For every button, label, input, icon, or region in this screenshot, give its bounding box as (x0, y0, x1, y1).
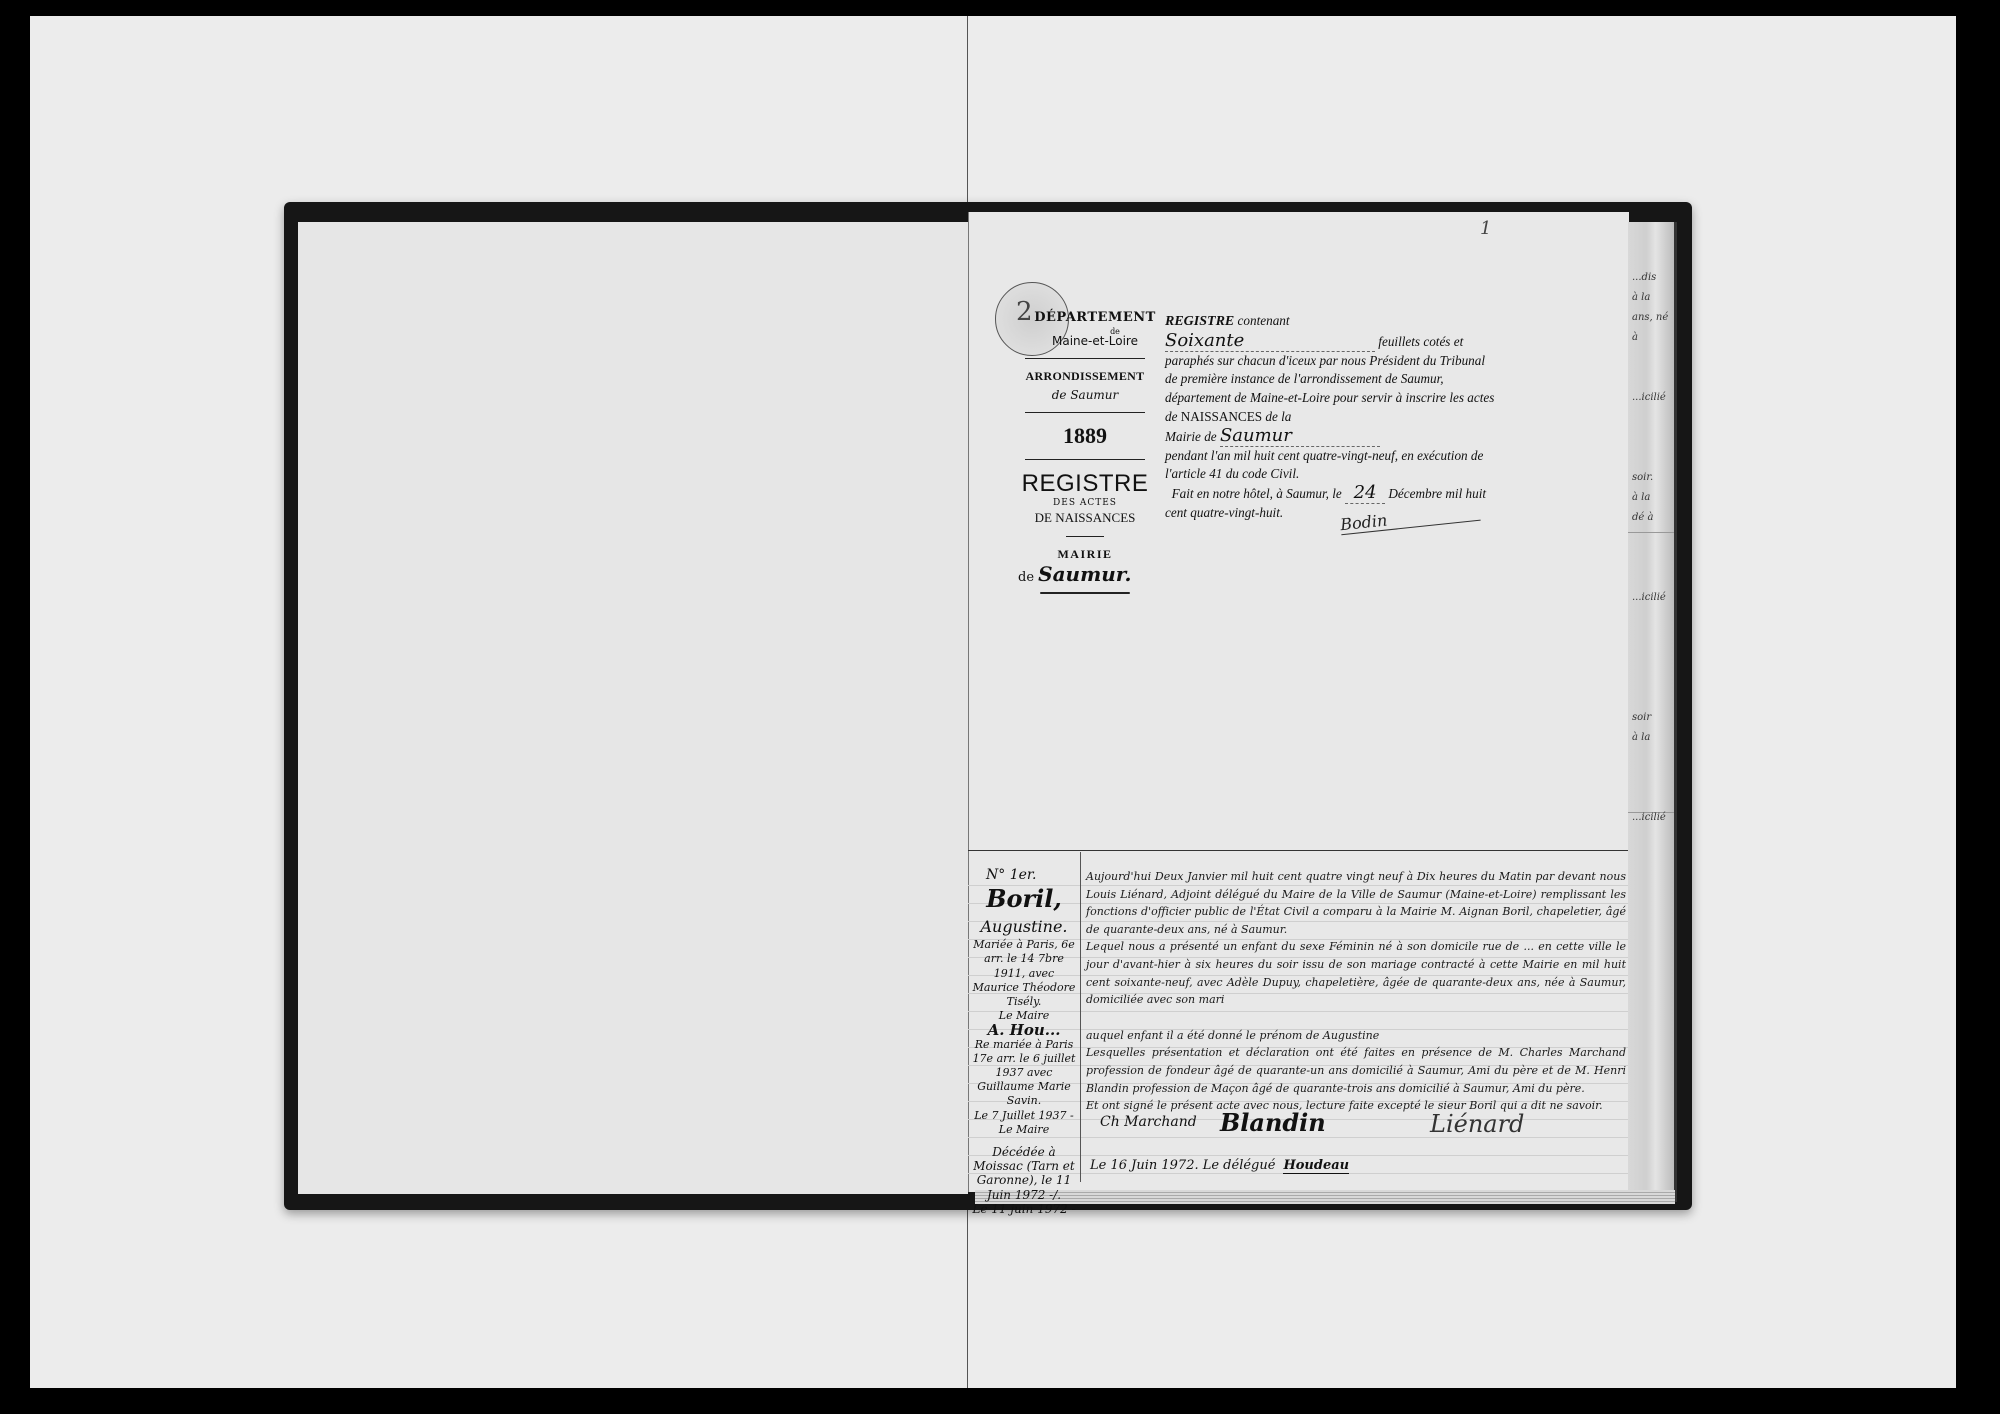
mairie-de: de (1018, 570, 1034, 585)
cert-text: pendant l'an mil huit cent quatre-vingt-… (1165, 448, 1483, 482)
act-paragraph: auquel enfant il a été donné le prénom d… (1086, 1027, 1626, 1045)
act-number: N° 1er. (970, 868, 1078, 882)
cert-naissances: NAISSANCES (1181, 409, 1262, 424)
next-page-edge-fragments: ...dis à la ans, né à ...icilié soir. à … (1632, 268, 1672, 828)
certification-text: REGISTRE contenant Soixante feuillets co… (1165, 312, 1500, 523)
edge-fragment: soir (1632, 708, 1672, 728)
edge-fragment: à la (1632, 288, 1672, 308)
divider (1025, 459, 1145, 460)
cert-register-word: REGISTRE (1165, 314, 1234, 329)
edge-fragment: ...icilié (1632, 808, 1672, 828)
register-title: REGISTRE (1010, 470, 1160, 498)
cert-mairie-prefix: Mairie de (1165, 429, 1220, 444)
marriage-note-2-date: Le 7 Juillet 1937 - Le Maire (970, 1109, 1078, 1137)
act-body: Aujourd'hui Deux Janvier mil huit cent q… (1086, 868, 1626, 1115)
act-margin-rule (1080, 852, 1081, 1182)
cert-text: contenant (1234, 313, 1289, 328)
marriage-note-2: Re mariée à Paris 17e arr. le 6 juillet … (970, 1038, 1078, 1109)
register-subtitle-2: DE NAISSANCES (1010, 510, 1160, 526)
folio-number: 1 (1480, 218, 1491, 239)
register-subtitle-1: DES ACTES (1010, 498, 1160, 508)
edge-fragment: à la (1632, 488, 1672, 508)
mairie-label: MAIRIE (1010, 547, 1160, 562)
marriage-note-1: Mariée à Paris, 6e arr. le 14 7bre 1911,… (970, 938, 1078, 1009)
act-paragraph: Aujourd'hui Deux Janvier mil huit cent q… (1086, 868, 1626, 938)
act-top-rule (968, 850, 1628, 851)
page-bottom-edges (975, 1190, 1675, 1204)
department-label: DÉPARTEMENT (1030, 310, 1160, 325)
death-note-date: Le 11 juin 1972 - (970, 1202, 1078, 1216)
divider (1025, 358, 1145, 359)
mairie-line: de Saumur. (1010, 562, 1160, 586)
mairie-handwritten: Saumur (1220, 427, 1380, 447)
edge-fragment: ans, né à (1632, 308, 1672, 348)
register-year: 1889 (1010, 423, 1160, 449)
department-name: Maine-et-Loire (1030, 334, 1160, 348)
signature-lienard: Liénard (1430, 1110, 1524, 1138)
act-paragraph: Lesquelles présentation et déclaration o… (1086, 1044, 1626, 1097)
act-paragraph: Lequel nous a présenté un enfant du sexe… (1086, 938, 1626, 1008)
mention-signature: Houdeau (1283, 1158, 1349, 1174)
edge-fragment: soir. (1632, 468, 1672, 488)
mention-line: Le 16 Juin 1972. Le déléguéHoudeau (1090, 1158, 1349, 1173)
divider (1025, 412, 1145, 413)
edge-fragment: ...icilié (1632, 388, 1672, 408)
arrondissement-name: de Saumur (1010, 388, 1160, 402)
act-margin-notes: N° 1er. Boril, Augustine. Mariée à Paris… (970, 868, 1078, 1216)
cert-text: de la (1262, 409, 1291, 424)
sheets-count-handwritten: Soixante (1165, 332, 1375, 352)
cert-fait: Fait en notre hôtel, à Saumur, le (1172, 486, 1346, 501)
mention-text: Le 16 Juin 1972. Le délégué (1090, 1158, 1275, 1173)
edge-fragment: à la (1632, 728, 1672, 748)
divider (1066, 536, 1104, 537)
cert-day-handwritten: 24 (1345, 484, 1385, 504)
register-header-column: DÉPARTEMENT de Maine-et-Loire ARRONDISSE… (1010, 310, 1160, 594)
signature-marchand: Ch Marchand (1100, 1114, 1197, 1130)
signature-blandin: Blandin (1220, 1108, 1326, 1137)
edge-fragment: ...dis (1632, 268, 1672, 288)
act-surname: Boril, (970, 882, 1078, 916)
edge-fragment: ...icilié (1632, 588, 1672, 608)
death-note: Décédée à Moissac (Tarn et Garonne), le … (970, 1145, 1078, 1202)
act-given-name: Augustine. (970, 916, 1078, 938)
marriage-note-1-signature: A. Hou... (970, 1023, 1078, 1037)
edge-fragment: dé à (1632, 508, 1672, 528)
act-paragraph: Et ont signé le présent acte avec nous, … (1086, 1097, 1626, 1115)
arrondissement-label: ARRONDISSEMENT (1010, 369, 1160, 384)
mairie-name-handwritten: Saumur. (1038, 562, 1131, 586)
flourish-divider (1040, 592, 1130, 594)
left-page-blank (298, 222, 968, 1194)
